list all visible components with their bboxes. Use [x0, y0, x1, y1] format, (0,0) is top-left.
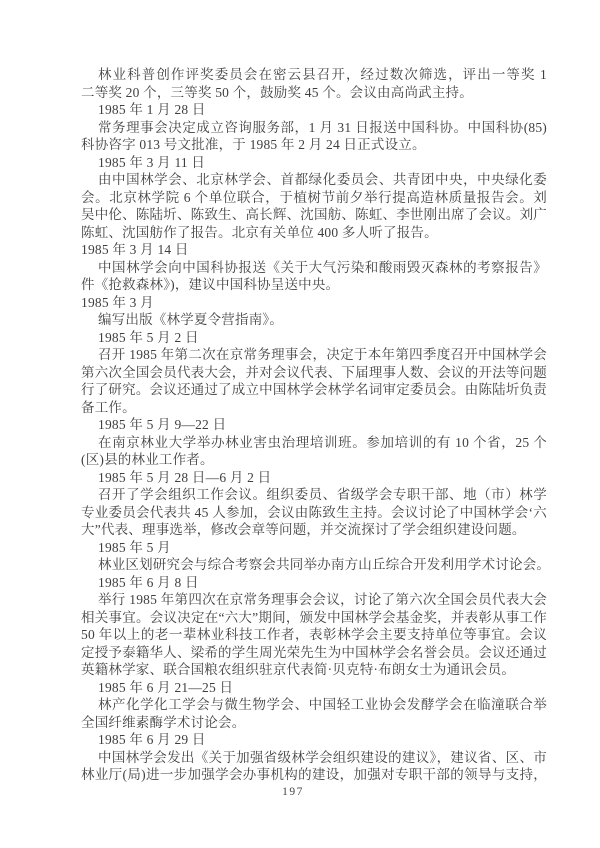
text-line: 中国林学会发出《关于加强省级林学会组织建设的建议》，建议省、区、市	[81, 749, 547, 767]
text-line: 1985 年 5 月 2 日	[81, 329, 547, 347]
text-line: 行了研究。会议还通过了成立中国林学会林学名词审定委员会。由陈陆圻负责筹	[81, 381, 547, 399]
text-line: 林业区划研究会与综合考察会共同举办南方山丘综合开发利用学术讨论会。	[81, 556, 547, 574]
book-page: 林业科普创作评奖委员会在密云县召开，经过数次筛选，评出一等奖 1 个，二等奖 2…	[0, 0, 600, 848]
text-line: 林业科普创作评奖委员会在密云县召开，经过数次筛选，评出一等奖 1 个，	[81, 66, 547, 84]
text-line: 1985 年 5 月	[81, 539, 547, 557]
text-line: 1985 年 3 月 11 日	[81, 154, 547, 172]
text-line: 50 年以上的老一辈林业科技工作者，表彰林学会主要支持单位等事宜。会议决	[81, 626, 547, 644]
text-line: 1985 年 6 月 21—25 日	[81, 679, 547, 697]
text-line: 大”代表、理事选举，修改会章等问题，并交流探讨了学会组织建设问题。	[81, 521, 547, 539]
text-line: 举行 1985 年第四次在京常务理事会会议，讨论了第六次全国会员代表大会	[81, 591, 547, 609]
text-line: 陈虹、沈国舫作了报告。北京有关单位 400 多人听了报告。	[81, 224, 547, 242]
text-line: 件《抢救森林》)，建议中国科协呈送中央。	[81, 276, 547, 294]
text-line: 中国林学会向中国科协报送《关于大气污染和酸雨毁灭森林的考察报告》(附	[81, 259, 547, 277]
text-line: 编写出版《林学夏令营指南》。	[81, 311, 547, 329]
text-line: 由中国林学会、北京林学会、首都绿化委员会、共青团中央，中央绿化委员	[81, 171, 547, 189]
text-line: 第六次全国会员代表大会，并对会议代表、下届理事人数、会议的开法等问题进	[81, 364, 547, 382]
text-line: 会。北京林学院 6 个单位联合，于植树节前夕举行提高造林质量报告会。刘广运、	[81, 189, 547, 207]
text-line: 相关事宜。会议决定在“六大”期间，颁发中国林学会基金奖，并表彰从事工作	[81, 609, 547, 627]
text-line: 召开了学会组织工作会议。组织委员、省级学会专职干部、地（市）林学会、	[81, 486, 547, 504]
text-line: 全国纤维素酶学术讨论会。	[81, 714, 547, 732]
page-number: 197	[0, 786, 586, 798]
text-line: 定授予泰籍华人、梁希的学生周光荣先生为中国林学会名誉会员。会议还通过了	[81, 644, 547, 662]
text-line: 1985 年 5 月 28 日—6 月 2 日	[81, 469, 547, 487]
text-line: 常务理事会决定成立咨询服务部，1 月 31 日报送中国科协。中国科协(85)	[81, 119, 547, 137]
text-line: 英籍林学家、联合国粮农组织驻京代表简·贝克特·布朗女士为通讯会员。	[81, 661, 547, 679]
text-line: 1985 年 6 月 29 日	[81, 731, 547, 749]
text-line: 吴中伦、陈陆圻、陈致生、高长辉、沈国舫、陈虹、李世刚出席了会议。刘广运、	[81, 206, 547, 224]
text-line: 1985 年 5 月 9—22 日	[81, 416, 547, 434]
text-line: 召开 1985 年第二次在京常务理事会，决定于本年第四季度召开中国林学会	[81, 346, 547, 364]
text-line: 在南京林业大学举办林业害虫治理培训班。参加培训的有 10 个省，25 个地	[81, 434, 547, 452]
text-line: 林业厅(局)进一步加强学会办事机构的建设，加强对专职干部的领导与支持，并	[81, 766, 547, 784]
text-line: 1985 年 1 月 28 日	[81, 101, 547, 119]
text-line: 1985 年 3 月	[81, 294, 547, 312]
text-line: 林产化学化工学会与微生物学会、中国轻工业协会发酵学会在临潼联合举办	[81, 696, 547, 714]
page-body: 林业科普创作评奖委员会在密云县召开，经过数次筛选，评出一等奖 1 个，二等奖 2…	[81, 66, 547, 784]
text-line: (区)县的林业工作者。	[81, 451, 547, 469]
text-line: 1985 年 3 月 14 日	[81, 241, 547, 259]
text-line: 1985 年 6 月 8 日	[81, 574, 547, 592]
text-line: 备工作。	[81, 399, 547, 417]
text-line: 科协咨字 013 号文批准，于 1985 年 2 月 24 日正式设立。	[81, 136, 547, 154]
text-line: 专业委员会代表共 45 人参加，会议由陈致生主持。会议讨论了中国林学会‘六	[81, 504, 547, 522]
text-line: 二等奖 20 个，三等奖 50 个，鼓励奖 45 个。会议由高尚武主持。	[81, 84, 547, 102]
